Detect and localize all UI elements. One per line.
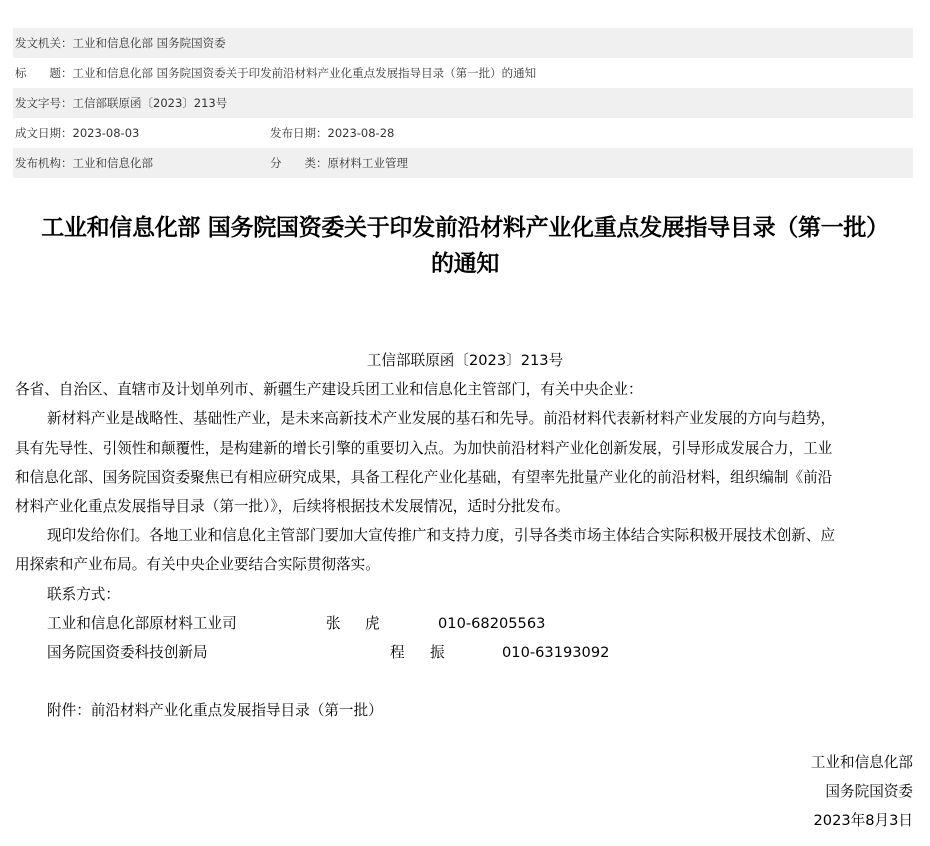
written-date: 2023-08-03 bbox=[73, 126, 140, 140]
meta-value: 工业和信息化部 国务院国资委关于印发前沿材料产业化重点发展指导目录（第一批）的通… bbox=[73, 66, 537, 80]
meta-label: 成文日期： bbox=[15, 126, 73, 140]
attachment-label: 附件： bbox=[47, 702, 91, 719]
title-line-1: 工业和信息化部 国务院国资委关于印发前沿材料产业化重点发展指导目录（第一批） bbox=[10, 210, 920, 246]
meta-label: 分 类： bbox=[270, 156, 328, 170]
signature-org-2: 国务院国资委 bbox=[811, 777, 913, 806]
page-title: 工业和信息化部 国务院国资委关于印发前沿材料产业化重点发展指导目录（第一批） 的… bbox=[10, 210, 920, 282]
meta-row-issuer: 发文机关：工业和信息化部 国务院国资委 bbox=[13, 28, 913, 58]
recipients: 各省、自治区、直辖市及计划单列市、新疆生产建设兵团工业和信息化主管部门，有关中央… bbox=[15, 375, 915, 404]
meta-label: 发布日期： bbox=[270, 126, 328, 140]
signature-date: 2023年8月3日 bbox=[811, 806, 913, 835]
contact-org: 国务院国资委科技创新局 bbox=[47, 638, 208, 667]
document-body: 工信部联原函〔2023〕213号 各省、自治区、直辖市及计划单列市、新疆生产建设… bbox=[15, 346, 915, 726]
attachment: 附件：前沿材料产业化重点发展指导目录（第一批） bbox=[15, 696, 915, 725]
title-line-2: 的通知 bbox=[10, 246, 920, 282]
contact-name-part: 张 bbox=[326, 609, 341, 638]
paragraph-line: 用探索和产业布局。有关中央企业要结合实际贯彻落实。 bbox=[15, 550, 915, 579]
meta-value: 工信部联原函〔2023〕213号 bbox=[73, 96, 228, 110]
paragraph-line: 现印发给你们。各地工业和信息化主管部门要加大宣传推广和支持力度，引导各类市场主体… bbox=[15, 521, 915, 550]
contact-name-part: 虎 bbox=[365, 609, 380, 638]
meta-label: 发文字号： bbox=[15, 96, 73, 110]
doc-number: 工信部联原函〔2023〕213号 bbox=[15, 346, 915, 375]
meta-row-doc-number: 发文字号：工信部联原函〔2023〕213号 bbox=[13, 88, 913, 118]
meta-row-publisher: 发布机构：工业和信息化部 分 类：原材料工业管理 bbox=[13, 148, 913, 178]
meta-row-dates: 成文日期：2023-08-03 发布日期：2023-08-28 bbox=[13, 118, 913, 148]
meta-label: 发文机关： bbox=[15, 36, 73, 50]
category: 原材料工业管理 bbox=[328, 156, 409, 170]
contact-row: 国务院国资委科技创新局 程 振 010-63193092 bbox=[15, 638, 915, 667]
paragraph-line: 具有先导性、引领性和颠覆性，是构建新的增长引擎的重要切入点。为加快前沿材料产业化… bbox=[15, 434, 915, 463]
paragraph-line: 材料产业化重点发展指导目录（第一批）》，后续将根据技术发展情况，适时分批发布。 bbox=[15, 492, 915, 521]
meta-row-title: 标 题：工业和信息化部 国务院国资委关于印发前沿材料产业化重点发展指导目录（第一… bbox=[13, 58, 913, 88]
meta-label: 标 题： bbox=[15, 66, 73, 80]
paragraph-line: 和信息化部、国务院国资委聚焦已有相应研究成果，具备工程化产业化基础，有望率先批量… bbox=[15, 463, 915, 492]
publish-date: 2023-08-28 bbox=[328, 126, 395, 140]
contact-row: 工业和信息化部原材料工业司 张 虎 010-68205563 bbox=[15, 609, 915, 638]
contact-phone: 010-63193092 bbox=[502, 638, 609, 667]
contact-name-part: 程 bbox=[390, 638, 405, 667]
attachment-link[interactable]: 前沿材料产业化重点发展指导目录（第一批） bbox=[91, 702, 383, 719]
contact-label: 联系方式： bbox=[15, 580, 915, 609]
signature-org-1: 工业和信息化部 bbox=[811, 748, 913, 777]
contact-phone: 010-68205563 bbox=[438, 609, 545, 638]
document-metadata-table: 发文机关：工业和信息化部 国务院国资委 标 题：工业和信息化部 国务院国资委关于… bbox=[13, 28, 913, 178]
contact-org: 工业和信息化部原材料工业司 bbox=[47, 609, 237, 638]
paragraph-line: 新材料产业是战略性、基础性产业，是未来高新技术产业发展的基石和先导。前沿材料代表… bbox=[15, 404, 915, 433]
contact-name-part: 振 bbox=[430, 638, 445, 667]
signature-block: 工业和信息化部 国务院国资委 2023年8月3日 bbox=[811, 748, 913, 835]
meta-value: 工业和信息化部 国务院国资委 bbox=[73, 36, 226, 50]
publisher: 工业和信息化部 bbox=[73, 156, 154, 170]
meta-label: 发布机构： bbox=[15, 156, 73, 170]
spacer bbox=[15, 667, 915, 696]
